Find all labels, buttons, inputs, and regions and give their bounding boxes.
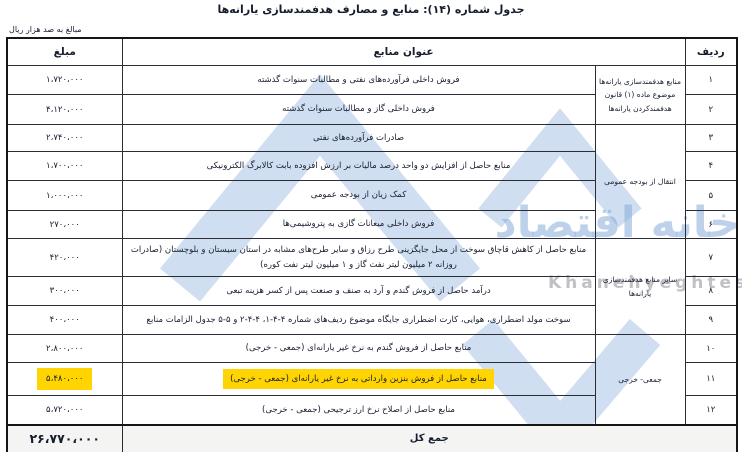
header-source-title: عنوان منابع [122, 38, 685, 66]
row-number-cell: ۴ [685, 152, 737, 181]
table-row: ۱ منابع هدفمندسازی یارانه‌ها موضوع ماده … [7, 66, 737, 95]
category-cell: سایر منابع هدفمندسازی یارانه‌ها [595, 239, 685, 335]
amount-cell: ۵،۴۸۰،۰۰۰ [7, 363, 122, 396]
source-desc-cell: فروش داخلی میعانات گازی به پتروشیمی‌ها [122, 211, 595, 239]
highlighted-amount: ۵،۴۸۰،۰۰۰ [37, 368, 92, 390]
amount-cell: ۵،۷۲۰،۰۰۰ [7, 396, 122, 425]
document-page: خانه اقتصاد Khanehyeghtesad جدول شماره (… [0, 0, 742, 452]
amount-cell: ۲۷۰،۰۰۰ [7, 211, 122, 239]
row-number-cell: ۵ [685, 181, 737, 211]
row-number-cell: ۳ [685, 125, 737, 152]
source-desc-cell: فروش داخلی فرآورده‌های نفتی و مطالبات سن… [122, 66, 595, 95]
table-row: ۷ سایر منابع هدفمندسازی یارانه‌ها منابع … [7, 239, 737, 277]
amount-cell: ۳۰۰،۰۰۰ [7, 277, 122, 306]
source-desc-cell: درآمد حاصل از فروش گندم و آرد به صنف و ص… [122, 277, 595, 306]
row-number-cell: ۲ [685, 95, 737, 125]
row-number-cell: ۸ [685, 277, 737, 306]
amount-cell: ۱،۷۰۰،۰۰۰ [7, 152, 122, 181]
amount-cell: ۴۰۰،۰۰۰ [7, 306, 122, 335]
total-row: جمع کل ۲۶،۷۷۰،۰۰۰ [7, 425, 737, 452]
source-desc-cell: منابع حاصل از اصلاح نرخ ارز ترجیحی (جمعی… [122, 396, 595, 425]
table-row: ۳ انتقال از بودجه عمومی صادرات فرآورده‌ه… [7, 125, 737, 152]
source-desc-cell: منابع حاصل از افزایش دو واحد درصد مالیات… [122, 152, 595, 181]
header-amount: مبلغ [7, 38, 122, 66]
row-number-cell: ۱ [685, 66, 737, 95]
source-desc-cell: منابع حاصل از فروش بنزین وارداتی به نرخ … [122, 363, 595, 396]
page-title: جدول شماره (۱۴): منابع و مصارف هدفمندساز… [0, 3, 742, 16]
source-desc-cell: کمک زیان از بودجه عمومی [122, 181, 595, 211]
unit-note: مبالغ به صد هزار ریال [9, 25, 82, 34]
source-desc-cell: فروش داخلی گاز و مطالبات سنوات گذشته [122, 95, 595, 125]
row-number-cell: ۱۲ [685, 396, 737, 425]
row-number-cell: ۹ [685, 306, 737, 335]
header-row-number: ردیف [685, 38, 737, 66]
header-row: ردیف عنوان منابع مبلغ [7, 38, 737, 66]
total-amount-cell: ۲۶،۷۷۰،۰۰۰ [7, 425, 122, 452]
source-desc-cell: منابع حاصل از کاهش قاچاق سوخت از محل جای… [122, 239, 595, 277]
source-desc-cell: صادرات فرآورده‌های نفتی [122, 125, 595, 152]
amount-cell: ۴،۱۲۰،۰۰۰ [7, 95, 122, 125]
category-cell: جمعی- خرجی [595, 335, 685, 425]
amount-cell: ۲،۸۰۰،۰۰۰ [7, 335, 122, 363]
total-label-cell: جمع کل [122, 425, 737, 452]
category-cell: منابع هدفمندسازی یارانه‌ها موضوع ماده (۱… [595, 66, 685, 125]
table-row: ۱۰ جمعی- خرجی منابع حاصل از فروش گندم به… [7, 335, 737, 363]
row-number-cell: ۷ [685, 239, 737, 277]
row-number-cell: ۶ [685, 211, 737, 239]
amount-cell: ۲،۷۴۰،۰۰۰ [7, 125, 122, 152]
amount-cell: ۱،۷۲۰،۰۰۰ [7, 66, 122, 95]
amount-cell: ۴۲۰،۰۰۰ [7, 239, 122, 277]
subsidy-sources-table: ردیف عنوان منابع مبلغ ۱ منابع هدفمندسازی… [6, 37, 738, 452]
row-number-cell: ۱۰ [685, 335, 737, 363]
amount-cell: ۱،۰۰۰،۰۰۰ [7, 181, 122, 211]
row-number-cell: ۱۱ [685, 363, 737, 396]
source-desc-cell: منابع حاصل از فروش گندم به نرخ غیر یاران… [122, 335, 595, 363]
category-cell: انتقال از بودجه عمومی [595, 125, 685, 239]
source-desc-cell: سوخت مولد اضطراری، هوایی، کارت اضطراری ج… [122, 306, 595, 335]
highlighted-text: منابع حاصل از فروش بنزین وارداتی به نرخ … [223, 369, 494, 389]
